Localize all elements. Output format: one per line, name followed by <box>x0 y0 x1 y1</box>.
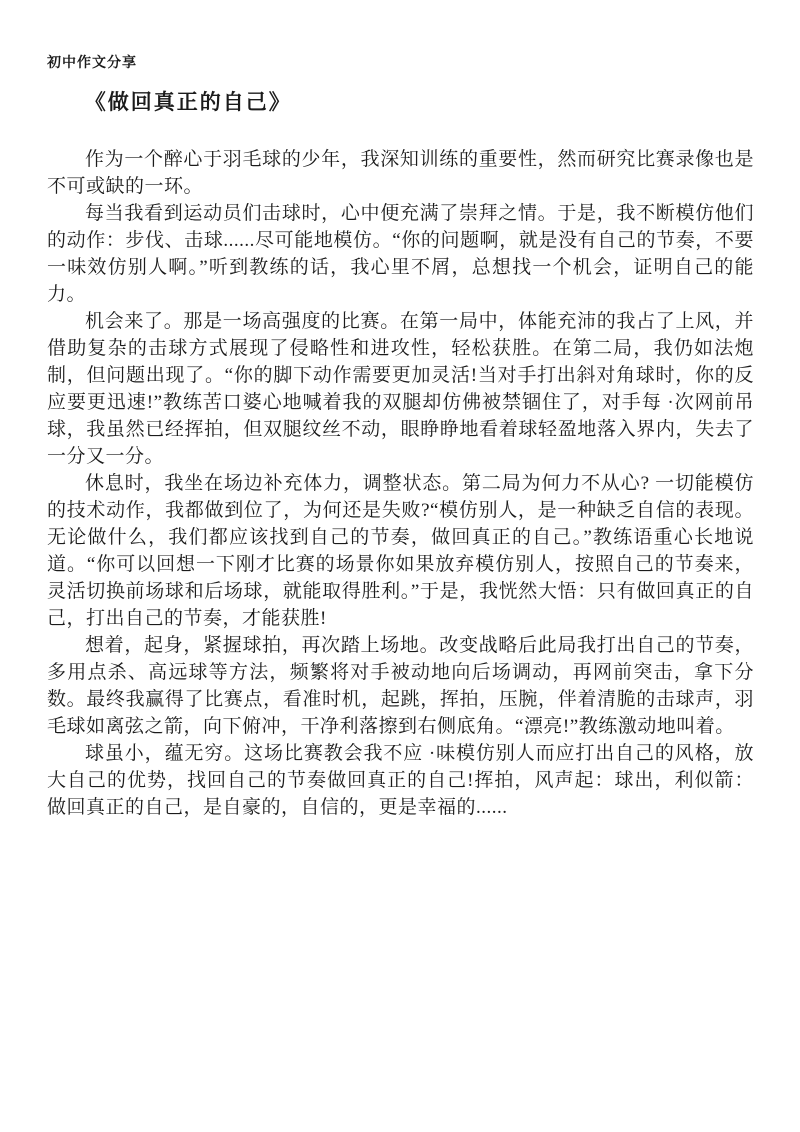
essay-title: 《做回真正的自己》 <box>47 86 754 116</box>
essay-content: 初中作文分享 《做回真正的自己》 作为一个醉心于羽毛球的少年，我深知训练的重要性… <box>47 52 754 821</box>
essay-paragraph: 作为一个醉心于羽毛球的少年，我深知训练的重要性，然而研究比赛录像也是不可或缺的一… <box>47 146 754 200</box>
essay-paragraph: 每当我看到运动员们击球时，心中便充满了崇拜之情。于是，我不断模仿他们的动作：步伐… <box>47 200 754 308</box>
essay-paragraph: 想着，起身，紧握球拍，再次踏上场地。改变战略后此局我打出自己的节奏，多用点杀、高… <box>47 632 754 740</box>
essay-paragraph: 球虽小，蕴无穷。这场比赛教会我不应 ·味模仿别人而应打出自己的风格，放大自己的优… <box>47 740 754 821</box>
essay-paragraph: 机会来了。那是一场高强度的比赛。在第一局中，体能充沛的我占了上风，并借助复杂的击… <box>47 308 754 470</box>
essay-source-label: 初中作文分享 <box>47 52 754 72</box>
essay-body: 作为一个醉心于羽毛球的少年，我深知训练的重要性，然而研究比赛录像也是不可或缺的一… <box>47 146 754 821</box>
essay-paragraph: 休息时，我坐在场边补充体力，调整状态。第二局为何力不从心? 一切能模仿的技术动作… <box>47 470 754 632</box>
document-page: 初中作文分享 《做回真正的自己》 作为一个醉心于羽毛球的少年，我深知训练的重要性… <box>0 0 800 1132</box>
